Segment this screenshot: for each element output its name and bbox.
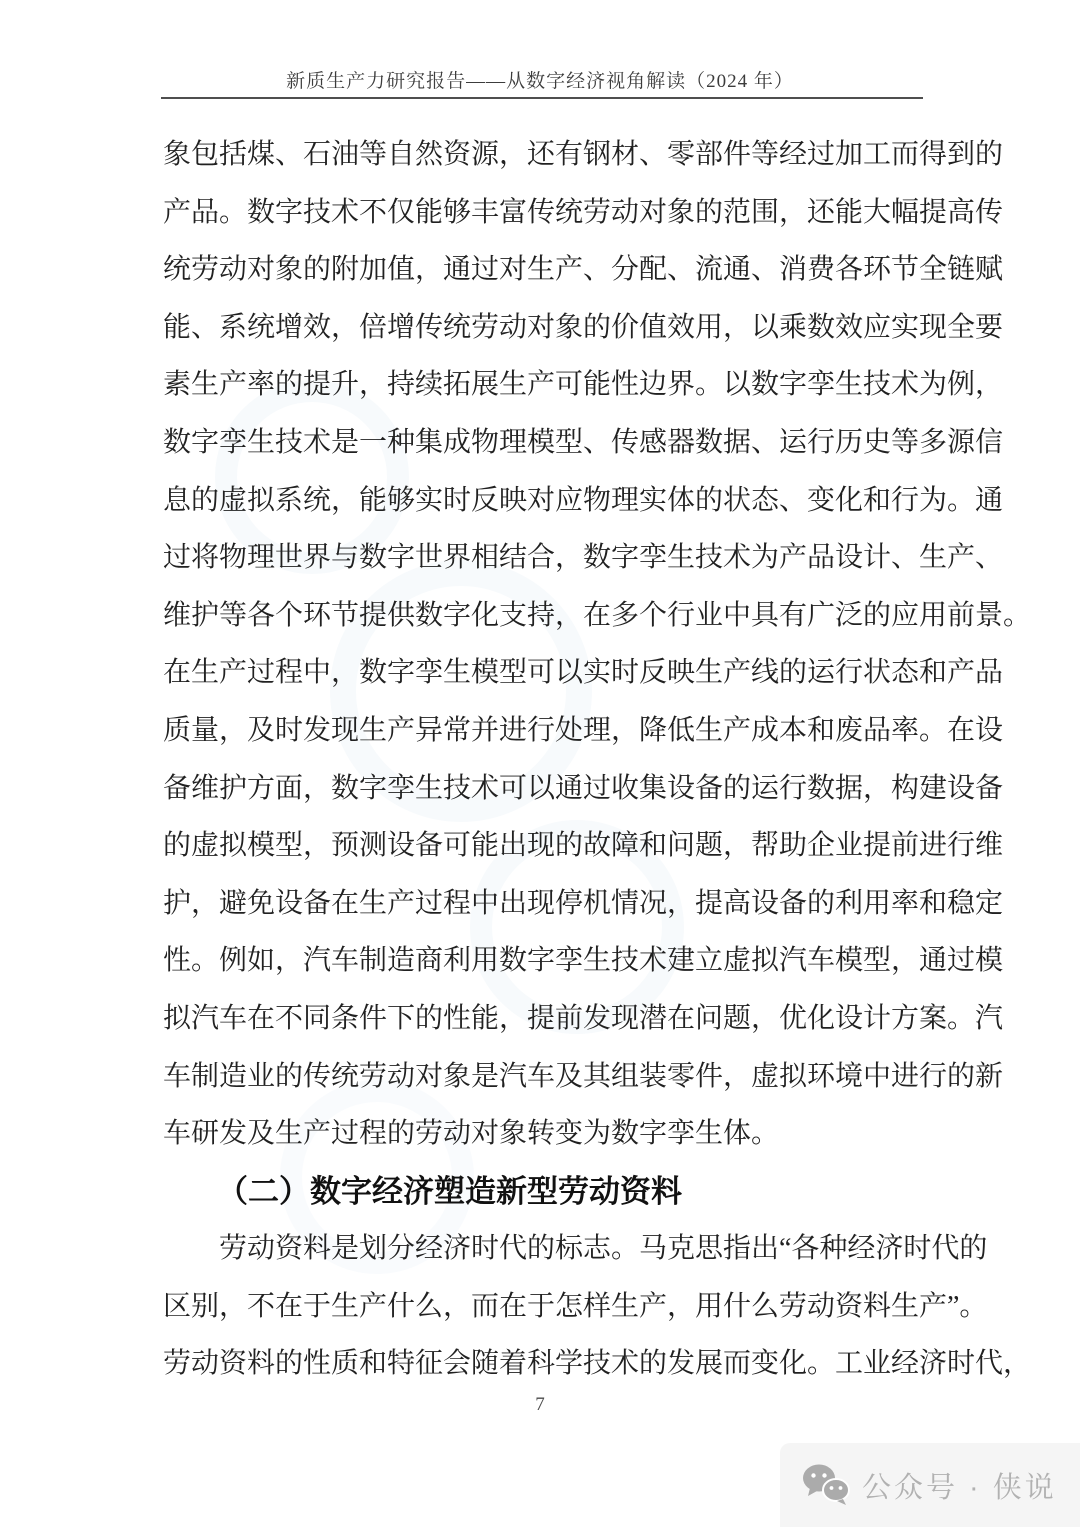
text-line: 拟汽车在不同条件下的性能，提前发现潜在问题，优化设计方案。汽 <box>163 990 938 1048</box>
text-line: 产品。数字技术不仅能够丰富传统劳动对象的范围，还能大幅提高传 <box>163 184 938 242</box>
wechat-account-badge: 公众号 · 侠说 <box>780 1443 1080 1527</box>
text-line: 数字孪生技术是一种集成物理模型、传感器数据、运行历史等多源信 <box>163 414 938 472</box>
body-text: 象包括煤、石油等自然资源，还有钢材、零部件等经过加工而得到的产品。数字技术不仅能… <box>163 126 938 1393</box>
text-line: 区别，不在于生产什么，而在于怎样生产，用什么劳动资料生产”。 <box>163 1278 938 1336</box>
paragraph-1: 象包括煤、石油等自然资源，还有钢材、零部件等经过加工而得到的产品。数字技术不仅能… <box>163 126 938 1163</box>
text-line: 维护等各个环节提供数字化支持，在多个行业中具有广泛的应用前景。 <box>163 587 938 645</box>
text-line: 象包括煤、石油等自然资源，还有钢材、零部件等经过加工而得到的 <box>163 126 938 184</box>
text-line: 备维护方面，数字孪生技术可以通过收集设备的运行数据，构建设备 <box>163 760 938 818</box>
document-page: 新质生产力研究报告——从数字经济视角解读（2024 年） 象包括煤、石油等自然资… <box>0 0 1080 1527</box>
text-line: 在生产过程中，数字孪生模型可以实时反映生产线的运行状态和产品 <box>163 644 938 702</box>
page-number: 7 <box>0 1394 1080 1416</box>
text-line: 质量，及时发现生产异常并进行处理，降低生产成本和废品率。在设 <box>163 702 938 760</box>
section-heading: （二）数字经济塑造新型劳动资料 <box>163 1163 938 1221</box>
paragraph-2: 劳动资料是划分经济时代的标志。马克思指出“各种经济时代的区别，不在于生产什么，而… <box>163 1220 938 1393</box>
text-line: 息的虚拟系统，能够实时反映对应物理实体的状态、变化和行为。通 <box>163 472 938 530</box>
text-line: 能、系统增效，倍增传统劳动对象的价值效用，以乘数效应实现全要 <box>163 299 938 357</box>
text-line: 统劳动对象的附加值，通过对生产、分配、流通、消费各环节全链赋 <box>163 241 938 299</box>
text-line: 素生产率的提升，持续拓展生产可能性边界。以数字孪生技术为例， <box>163 356 938 414</box>
header-title: 新质生产力研究报告——从数字经济视角解读（2024 年） <box>0 66 1080 93</box>
text-line: 劳动资料是划分经济时代的标志。马克思指出“各种经济时代的 <box>163 1220 938 1278</box>
wechat-icon <box>800 1463 852 1507</box>
text-line: 劳动资料的性质和特征会随着科学技术的发展而变化。工业经济时代， <box>163 1335 938 1393</box>
text-line: 性。例如，汽车制造商利用数字孪生技术建立虚拟汽车模型，通过模 <box>163 932 938 990</box>
text-line: 车制造业的传统劳动对象是汽车及其组装零件，虚拟环境中进行的新 <box>163 1048 938 1106</box>
text-line: 的虚拟模型，预测设备可能出现的故障和问题，帮助企业提前进行维 <box>163 817 938 875</box>
text-line: 护，避免设备在生产过程中出现停机情况，提高设备的利用率和稳定 <box>163 875 938 933</box>
text-line: 过将物理世界与数字世界相结合，数字孪生技术为产品设计、生产、 <box>163 529 938 587</box>
header-divider <box>161 97 923 99</box>
badge-label: 公众号 · 侠说 <box>862 1465 1057 1506</box>
text-line: 车研发及生产过程的劳动对象转变为数字孪生体。 <box>163 1105 938 1163</box>
